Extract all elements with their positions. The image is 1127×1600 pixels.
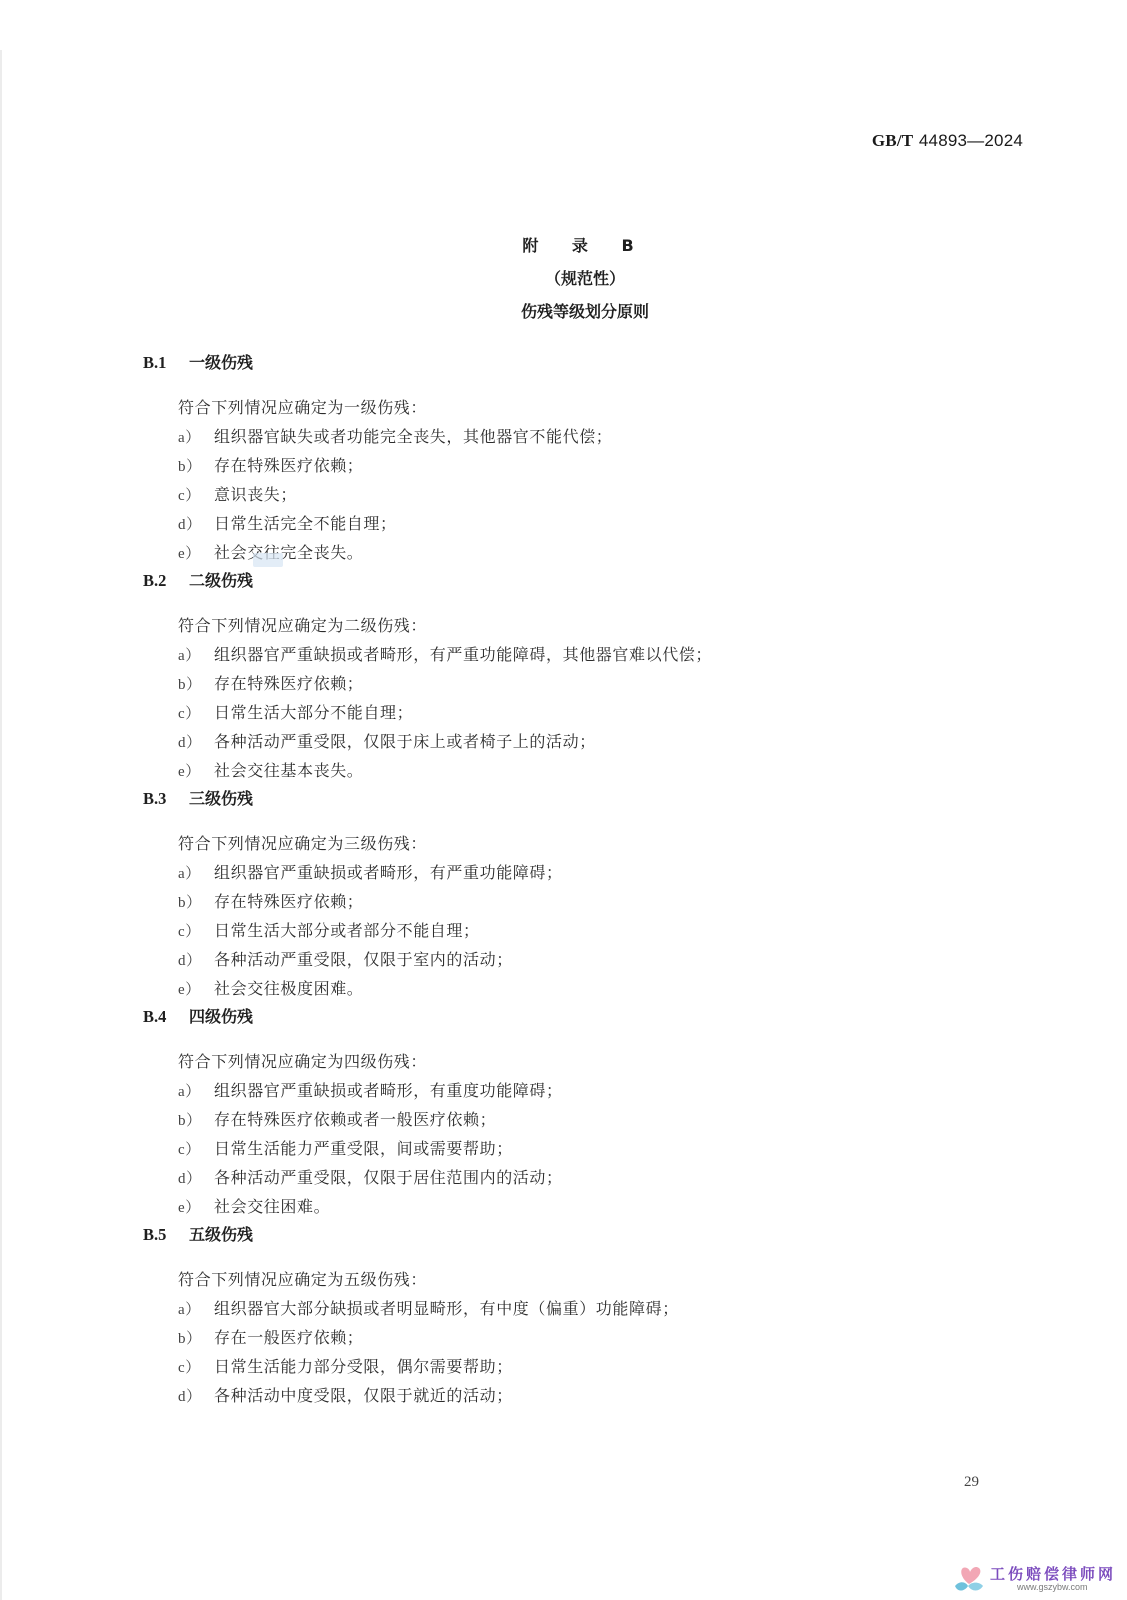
section-heading: B.3 三级伤残 (143, 789, 1067, 829)
item-text: 存在特殊医疗依赖或者一般医疗依赖； (214, 1110, 496, 1129)
list-item: a）组织器官大部分缺损或者明显畸形，有中度（偏重）功能障碍； (143, 1294, 1067, 1323)
list-item: b）存在特殊医疗依赖； (143, 669, 1067, 698)
section-number: B.3 (143, 789, 189, 829)
item-mark: c） (178, 1354, 214, 1383)
section-heading: B.2 二级伤残 (143, 571, 1067, 611)
section-b4: B.4 四级伤残 符合下列情况应确定为四级伤残： a）组织器官严重缺损或者畸形，… (143, 1007, 1067, 1221)
section-title: 五级伤残 (189, 1225, 253, 1265)
section-number: B.1 (143, 353, 189, 393)
item-text: 社会交往困难。 (214, 1197, 330, 1216)
section-intro: 符合下列情况应确定为四级伤残： (143, 1047, 1067, 1076)
heart-butterfly-icon (952, 1562, 986, 1596)
page-number: 29 (964, 1474, 979, 1491)
item-mark: a） (178, 1078, 214, 1107)
item-mark: a） (178, 1296, 214, 1325)
item-text: 存在特殊医疗依赖； (214, 674, 363, 693)
section-title: 四级伤残 (189, 1007, 253, 1047)
annex-heading: 附 录 B （规范性） 伤残等级划分原则 (0, 236, 1127, 335)
section-intro: 符合下列情况应确定为一级伤残： (143, 393, 1067, 422)
item-text: 日常生活能力严重受限，间或需要帮助； (214, 1139, 513, 1158)
item-text: 组织器官缺失或者功能完全丧失，其他器官不能代偿； (214, 427, 612, 446)
list-item: c）日常生活能力严重受限，间或需要帮助； (143, 1134, 1067, 1163)
list-item: e）社会交往基本丧失。 (143, 756, 1067, 785)
item-text: 组织器官严重缺损或者畸形，有严重功能障碍，其他器官难以代偿； (214, 645, 712, 664)
item-mark: a） (178, 424, 214, 453)
list-item: a）组织器官严重缺损或者畸形，有严重功能障碍； (143, 858, 1067, 887)
section-heading: B.5 五级伤残 (143, 1225, 1067, 1265)
item-mark: d） (178, 1383, 214, 1412)
item-mark: b） (178, 1107, 214, 1136)
list-item: b）存在特殊医疗依赖； (143, 451, 1067, 480)
item-mark: e） (178, 758, 214, 787)
item-text: 日常生活大部分或者部分不能自理； (214, 921, 480, 940)
sections-container: B.1 一级伤残 符合下列情况应确定为一级伤残： a）组织器官缺失或者功能完全丧… (143, 353, 1067, 1410)
item-text: 日常生活大部分不能自理； (214, 703, 413, 722)
item-mark: a） (178, 860, 214, 889)
item-mark: d） (178, 1165, 214, 1194)
section-number: B.2 (143, 571, 189, 611)
list-item: c）意识丧失； (143, 480, 1067, 509)
section-b1: B.1 一级伤残 符合下列情况应确定为一级伤残： a）组织器官缺失或者功能完全丧… (143, 353, 1067, 567)
item-text: 社会交往极度困难。 (214, 979, 363, 998)
item-text: 各种活动中度受限，仅限于就近的活动； (214, 1386, 513, 1405)
section-intro: 符合下列情况应确定为三级伤残： (143, 829, 1067, 858)
site-watermark-logo: 工伤赔偿律师网 www.gszybw.com (952, 1560, 1122, 1600)
item-mark: d） (178, 511, 214, 540)
item-text: 组织器官严重缺损或者畸形，有重度功能障碍； (214, 1081, 563, 1100)
annex-subtitle: 伤残等级划分原则 (0, 302, 1127, 335)
item-text: 各种活动严重受限，仅限于室内的活动； (214, 950, 513, 969)
section-intro: 符合下列情况应确定为五级伤残： (143, 1265, 1067, 1294)
item-mark: a） (178, 642, 214, 671)
standard-code: GB/T 44893—2024 (872, 131, 1023, 151)
item-text: 存在一般医疗依赖； (214, 1328, 363, 1347)
item-mark: b） (178, 453, 214, 482)
item-mark: c） (178, 482, 214, 511)
annex-title: 附 录 B (0, 236, 1127, 269)
list-item: a）组织器官严重缺损或者畸形，有严重功能障碍，其他器官难以代偿； (143, 640, 1067, 669)
faint-watermark-stamp (253, 553, 283, 567)
section-title: 一级伤残 (189, 353, 253, 393)
list-item: c）日常生活大部分不能自理； (143, 698, 1067, 727)
list-item: a）组织器官缺失或者功能完全丧失，其他器官不能代偿； (143, 422, 1067, 451)
item-mark: c） (178, 700, 214, 729)
list-item: d）日常生活完全不能自理； (143, 509, 1067, 538)
section-b3: B.3 三级伤残 符合下列情况应确定为三级伤残： a）组织器官严重缺损或者畸形，… (143, 789, 1067, 1003)
section-title: 三级伤残 (189, 789, 253, 829)
item-text: 社会交往基本丧失。 (214, 761, 363, 780)
site-name: 工伤赔偿律师网 (990, 1563, 1116, 1584)
section-b2: B.2 二级伤残 符合下列情况应确定为二级伤残： a）组织器官严重缺损或者畸形，… (143, 571, 1067, 785)
list-item: d）各种活动严重受限，仅限于居住范围内的活动； (143, 1163, 1067, 1192)
item-mark: d） (178, 729, 214, 758)
section-heading: B.1 一级伤残 (143, 353, 1067, 393)
item-text: 意识丧失； (214, 485, 297, 504)
list-item: b）存在一般医疗依赖； (143, 1323, 1067, 1352)
item-text: 组织器官严重缺损或者畸形，有严重功能障碍； (214, 863, 563, 882)
list-item: c）日常生活能力部分受限，偶尔需要帮助； (143, 1352, 1067, 1381)
section-number: B.4 (143, 1007, 189, 1047)
list-item: d）各种活动中度受限，仅限于就近的活动； (143, 1381, 1067, 1410)
item-mark: c） (178, 1136, 214, 1165)
list-item: b）存在特殊医疗依赖； (143, 887, 1067, 916)
standard-prefix: GB/T (872, 131, 913, 150)
standard-number: 44893—2024 (919, 131, 1023, 150)
section-b5: B.5 五级伤残 符合下列情况应确定为五级伤残： a）组织器官大部分缺损或者明显… (143, 1225, 1067, 1410)
item-text: 组织器官大部分缺损或者明显畸形，有中度（偏重）功能障碍； (214, 1299, 679, 1318)
list-item: b）存在特殊医疗依赖或者一般医疗依赖； (143, 1105, 1067, 1134)
item-mark: b） (178, 1325, 214, 1354)
item-text: 各种活动严重受限，仅限于床上或者椅子上的活动； (214, 732, 596, 751)
list-item: e）社会交往极度困难。 (143, 974, 1067, 1003)
section-title: 二级伤残 (189, 571, 253, 611)
site-url: www.gszybw.com (1017, 1582, 1088, 1592)
item-text: 日常生活完全不能自理； (214, 514, 397, 533)
section-intro: 符合下列情况应确定为二级伤残： (143, 611, 1067, 640)
list-item: e）社会交往困难。 (143, 1192, 1067, 1221)
item-text: 日常生活能力部分受限，偶尔需要帮助； (214, 1357, 513, 1376)
item-mark: b） (178, 671, 214, 700)
item-text: 存在特殊医疗依赖； (214, 456, 363, 475)
list-item: d）各种活动严重受限，仅限于床上或者椅子上的活动； (143, 727, 1067, 756)
item-text: 社会交往完全丧失。 (214, 543, 363, 562)
item-text: 各种活动严重受限，仅限于居住范围内的活动； (214, 1168, 563, 1187)
item-text: 存在特殊医疗依赖； (214, 892, 363, 911)
item-mark: e） (178, 1194, 214, 1223)
list-item: d）各种活动严重受限，仅限于室内的活动； (143, 945, 1067, 974)
item-mark: d） (178, 947, 214, 976)
section-number: B.5 (143, 1225, 189, 1265)
annex-type: （规范性） (0, 269, 1127, 302)
list-item: c）日常生活大部分或者部分不能自理； (143, 916, 1067, 945)
item-mark: c） (178, 918, 214, 947)
section-heading: B.4 四级伤残 (143, 1007, 1067, 1047)
item-mark: b） (178, 889, 214, 918)
list-item: a）组织器官严重缺损或者畸形，有重度功能障碍； (143, 1076, 1067, 1105)
item-mark: e） (178, 540, 214, 569)
item-mark: e） (178, 976, 214, 1005)
